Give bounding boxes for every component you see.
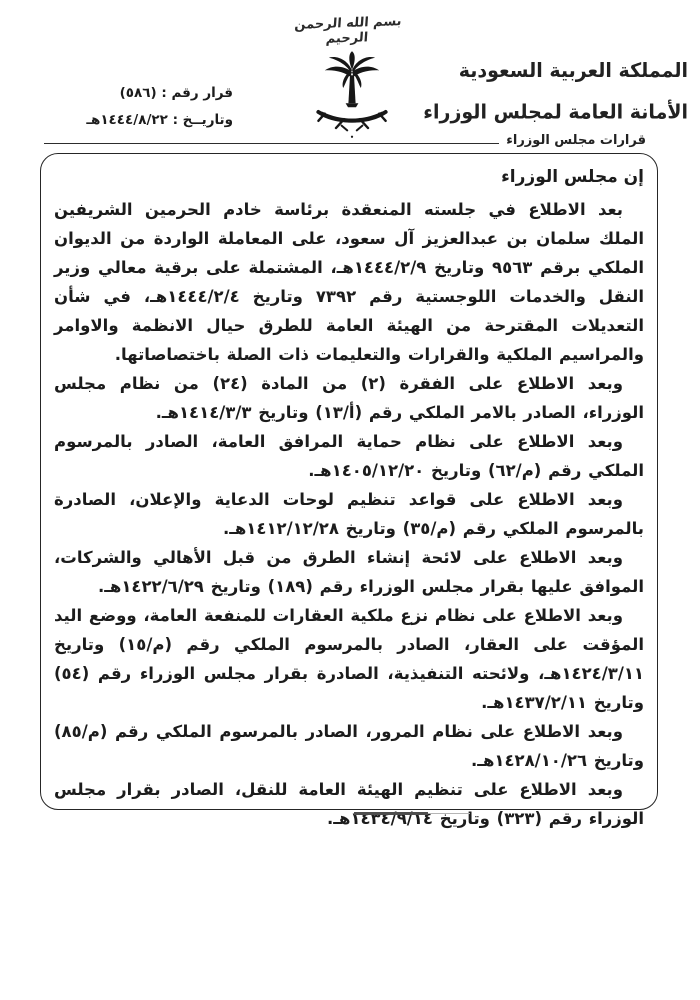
decree-number-label: قرار رقم : (161, 85, 233, 101)
decree-date-label: وتاريــخ : (173, 112, 233, 128)
letterhead: المملكة العربية السعودية الأمانة العامة … (423, 50, 688, 133)
bottom-page-mark-faint (428, 813, 470, 814)
decree-body-frame: إن مجلس الوزراء بعد الاطلاع في جلسته الم… (40, 153, 658, 810)
decree-paragraph: وبعد الاطلاع على نظام نزع ملكية العقارات… (54, 601, 644, 717)
decree-document-page: بسم الله الرحمن الرحيم قرار رقم : (٥٨٦) … (0, 0, 700, 1000)
decree-date-value: ١٤٤٤/٨/٢٢هـ (86, 112, 168, 128)
decree-paragraph: وبعد الاطلاع على نظام حماية المرافق العا… (54, 427, 644, 485)
decrees-title-row: قرارات مجلس الوزراء (44, 133, 646, 148)
decree-paragraph: وبعد الاطلاع على تنظيم الهيئة العامة للن… (54, 775, 644, 833)
decree-date-row: وتاريــخ : ١٤٤٤/٨/٢٢هـ (86, 107, 233, 134)
decree-paragraph: وبعد الاطلاع على نظام المرور، الصادر بال… (54, 717, 644, 775)
decree-paragraph: وبعد الاطلاع على قواعد تنظيم لوحات الدعا… (54, 485, 644, 543)
bismillah-calligraphy: بسم الله الرحمن الرحيم (289, 14, 406, 48)
bottom-page-mark (354, 812, 428, 815)
secretariat-name: الأمانة العامة لمجلس الوزراء (423, 92, 688, 134)
national-emblem-icon (312, 50, 392, 142)
decree-paragraph: بعد الاطلاع في جلسته المنعقدة برئاسة خاد… (54, 195, 644, 369)
decree-paragraph: وبعد الاطلاع على لائحة إنشاء الطرق من قب… (54, 543, 644, 601)
decrees-title: قرارات مجلس الوزراء (506, 133, 646, 148)
decree-paragraph: وبعد الاطلاع على الفقرة (٢) من المادة (٢… (54, 369, 644, 427)
decree-meta: قرار رقم : (٥٨٦) وتاريــخ : ١٤٤٤/٨/٢٢هـ (86, 80, 233, 134)
kingdom-name: المملكة العربية السعودية (423, 50, 688, 92)
decree-number-row: قرار رقم : (٥٨٦) (86, 80, 233, 107)
decrees-title-rule (44, 143, 499, 144)
decree-opening-line: إن مجلس الوزراء (54, 162, 644, 192)
decree-number-value: (٥٨٦) (120, 85, 157, 101)
